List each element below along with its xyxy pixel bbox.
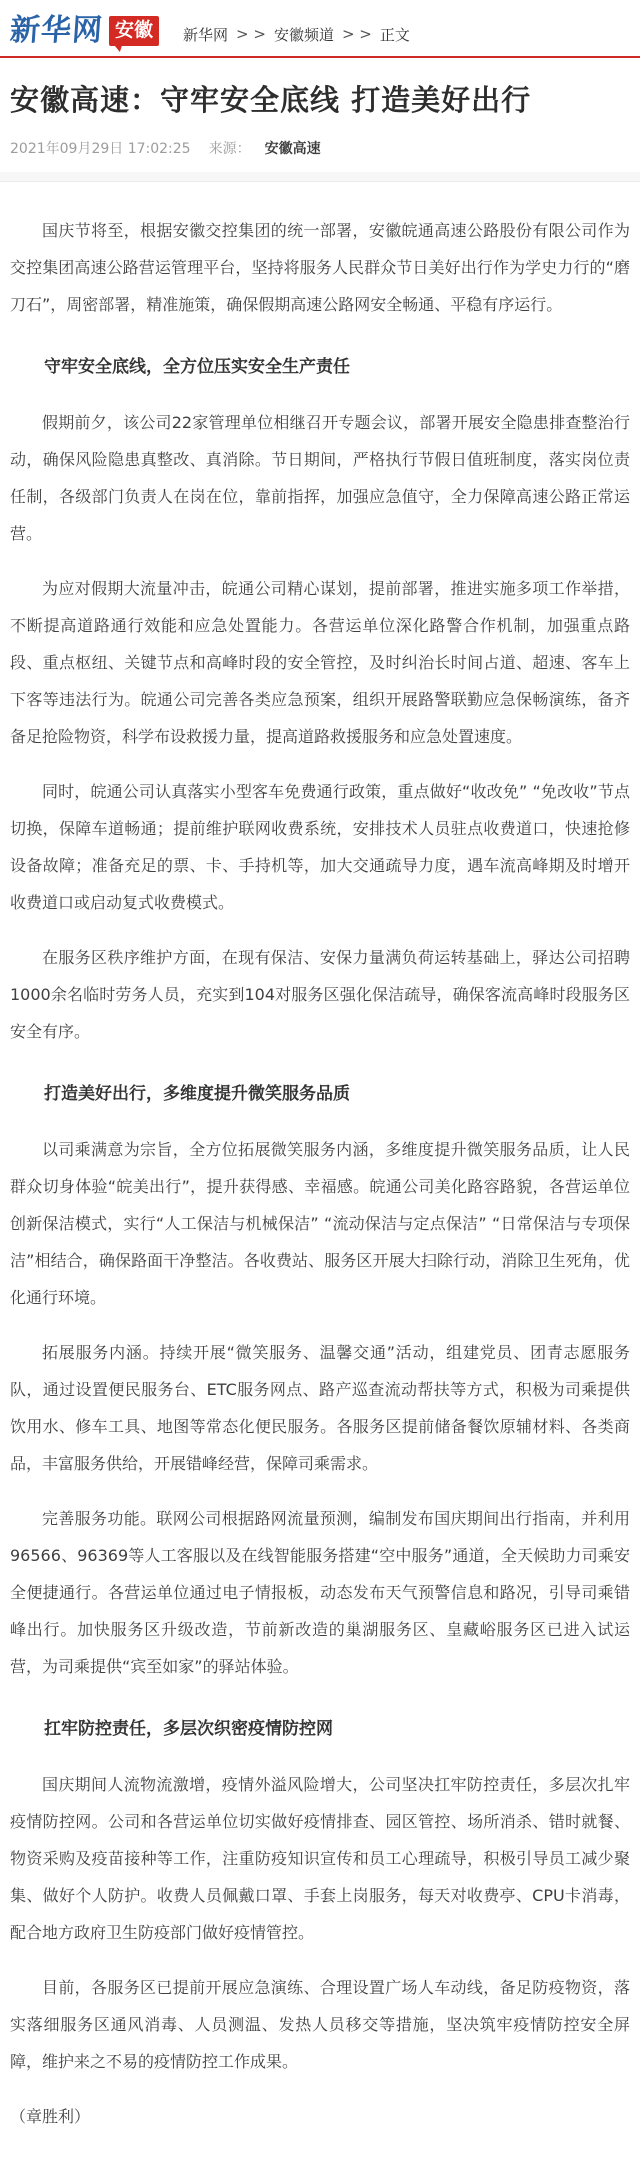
breadcrumb-separator: > > — [236, 25, 266, 43]
breadcrumb-item-xinhuanet[interactable]: 新华网 — [183, 24, 228, 45]
paragraph: 以司乘满意为宗旨，全方位拓展微笑服务内涵，多维度提升微笑服务品质，让人民群众切身… — [10, 1131, 630, 1316]
paragraph: 国庆节将至，根据安徽交控集团的统一部署，安徽皖通高速公路股份有限公司作为交控集团… — [10, 212, 630, 323]
paragraph: 同时，皖通公司认真落实小型客车免费通行政策，重点做好“收改免” “免改收”节点切… — [10, 773, 630, 921]
paragraph: 在服务区秩序维护方面，在现有保洁、安保力量满负荷运转基础上，驿达公司招聘1000… — [10, 939, 630, 1050]
breadcrumb-item-current: 正文 — [380, 24, 410, 45]
article-body: 国庆节将至，根据安徽交控集团的统一部署，安徽皖通高速公路股份有限公司作为交控集团… — [0, 182, 640, 2161]
source-name: 安徽高速 — [265, 138, 321, 158]
section-heading-epidemic: 扛牢防控责任，多层次织密疫情防控网 — [10, 1711, 630, 1748]
section-heading-safety: 守牢安全底线，全方位压实安全生产责任 — [10, 349, 630, 386]
article-title: 安徽高速：守牢安全底线 打造美好出行 — [10, 82, 630, 118]
xinhuanet-logo[interactable]: 新华网 安徽 — [10, 16, 159, 46]
meta-divider — [0, 172, 640, 182]
article-page: 新华网 安徽 新华网 > > 安徽频道 > > 正文 安徽高速：守牢安全底线 打… — [0, 0, 640, 2161]
anhui-channel-badge[interactable]: 安徽 — [109, 16, 159, 46]
site-header: 新华网 安徽 新华网 > > 安徽频道 > > 正文 — [0, 0, 640, 56]
paragraph: 拓展服务内涵。持续开展“微笑服务、温馨交通”活动，组建党员、团青志愿服务队，通过… — [10, 1334, 630, 1482]
paragraph: 假期前夕，该公司22家管理单位相继召开专题会议，部署开展安全隐患排查整治行动，确… — [10, 404, 630, 552]
breadcrumb-item-anhui-channel[interactable]: 安徽频道 — [274, 24, 334, 45]
breadcrumb: 新华网 > > 安徽频道 > > 正文 — [183, 18, 410, 45]
publish-date: 2021年09月29日 17:02:25 — [10, 138, 191, 158]
breadcrumb-separator: > > — [342, 25, 372, 43]
article-meta: 2021年09月29日 17:02:25 来源： 安徽高速 — [10, 138, 630, 158]
author-credit: （章胜利） — [10, 2098, 630, 2135]
paragraph: 国庆期间人流物流激增，疫情外溢风险增大，公司坚决扛牢防控责任，多层次扎牢疫情防控… — [10, 1766, 630, 1951]
xinhuanet-logo-text[interactable]: 新华网 — [9, 16, 104, 46]
paragraph: 为应对假期大流量冲击，皖通公司精心谋划，提前部署，推进实施多项工作举措，不断提高… — [10, 570, 630, 755]
section-heading-service: 打造美好出行，多维度提升微笑服务品质 — [10, 1076, 630, 1113]
header-red-divider — [0, 56, 640, 58]
paragraph: 目前，各服务区已提前开展应急演练、合理设置广场人车动线，备足防疫物资，落实落细服… — [10, 1969, 630, 2080]
paragraph: 完善服务功能。联网公司根据路网流量预测，编制发布国庆期间出行指南，并利用9656… — [10, 1500, 630, 1685]
source-label: 来源： — [209, 138, 251, 158]
